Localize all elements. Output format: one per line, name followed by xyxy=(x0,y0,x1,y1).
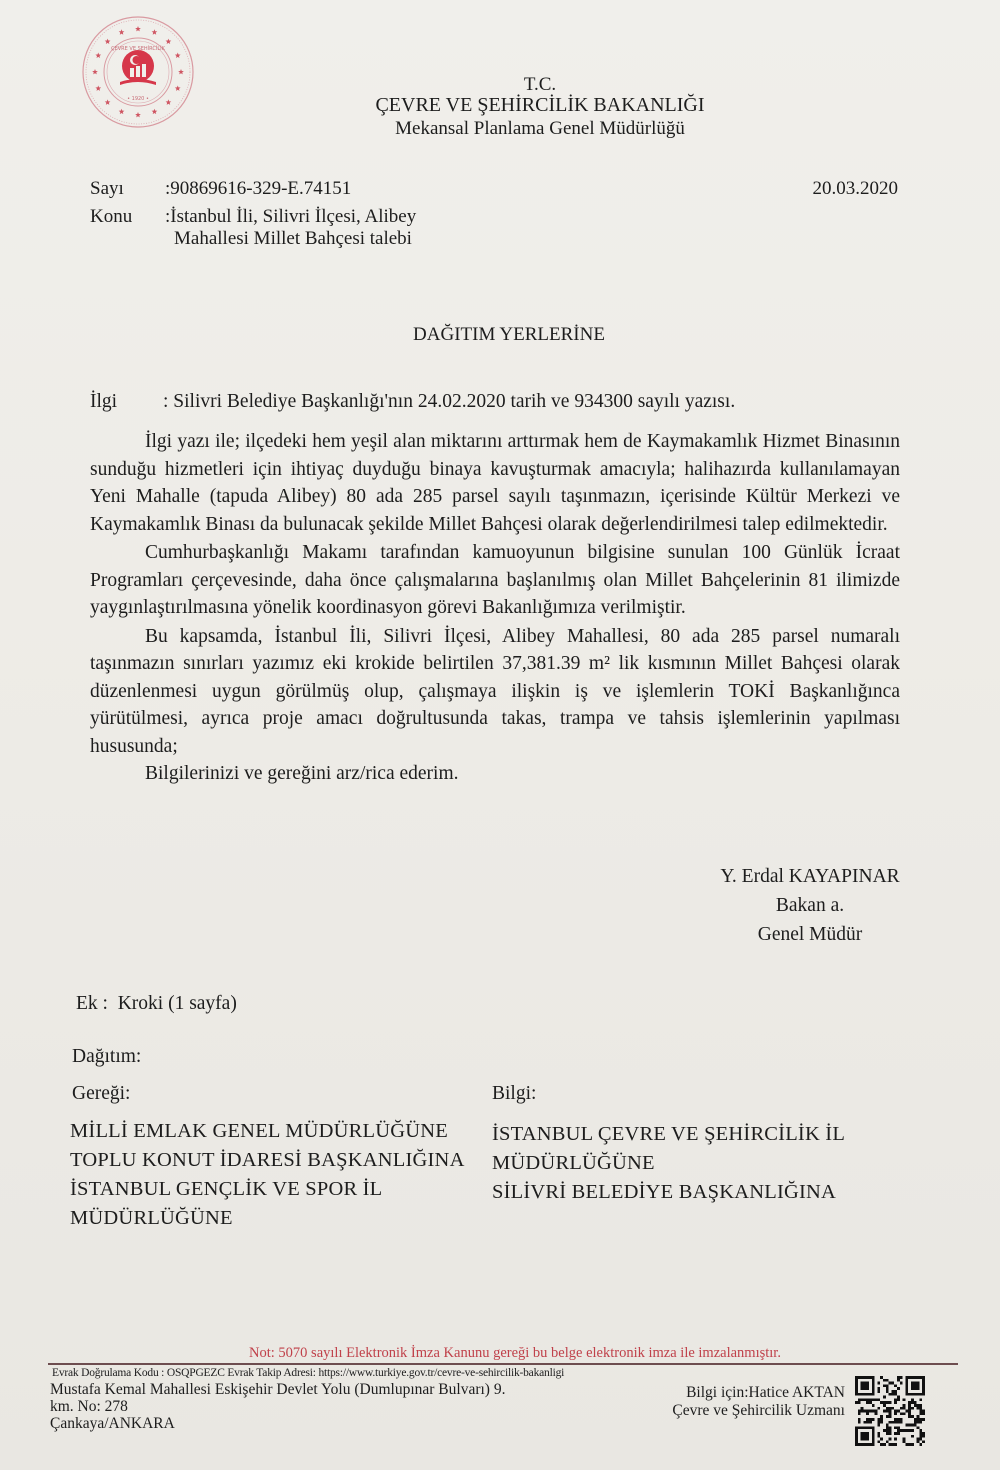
qr-code-icon xyxy=(855,1376,925,1446)
document-date: 20.03.2020 xyxy=(813,178,899,200)
gerekli-item: MİLLİ EMLAK GENEL MÜDÜRLÜĞÜNE xyxy=(70,1117,465,1146)
signature-block: Y. Erdal KAYAPINAR Bakan a. Genel Müdür xyxy=(660,862,960,949)
sayi-value: :90869616-329-E.74151 xyxy=(165,178,351,200)
distribution-label: Dağıtım: xyxy=(72,1046,141,1068)
address-line: Çankaya/ANKARA xyxy=(50,1415,505,1432)
paragraph-1: İlgi yazı ile; ilçedeki hem yeşil alan m… xyxy=(90,428,900,538)
gerekli-item: İSTANBUL GENÇLİK VE SPOR İL xyxy=(70,1175,465,1204)
directorate-name: Mekansal Planlama Genel Müdürlüğü xyxy=(40,118,1000,140)
sayi-label: Sayı xyxy=(90,178,124,200)
document-title: DAĞITIM YERLERİNE xyxy=(0,324,1000,346)
paragraph-3: Bu kapsamda, İstanbul İli, Silivri İlçes… xyxy=(90,623,900,761)
gerekli-item: MÜDÜRLÜĞÜNE xyxy=(70,1204,465,1233)
ilgi-label: İlgi xyxy=(90,391,117,413)
gerekli-item: TOPLU KONUT İDARESİ BAŞKANLIĞINA xyxy=(70,1146,465,1175)
header-tc: T.C. xyxy=(40,74,1000,96)
address-line: Mustafa Kemal Mahallesi Eskişehir Devlet… xyxy=(50,1381,505,1398)
signatory-title1: Bakan a. xyxy=(660,891,960,920)
verification-code: Evrak Doğrulama Kodu : OSQPGEZC Evrak Ta… xyxy=(52,1367,564,1379)
ministry-name: ÇEVRE VE ŞEHİRCİLİK BAKANLIĞI xyxy=(40,94,1000,117)
konu-value-line2: Mahallesi Millet Bahçesi talebi xyxy=(174,228,412,250)
svg-text:ÇEVRE VE ŞEHİRCİLİK: ÇEVRE VE ŞEHİRCİLİK xyxy=(111,45,165,52)
contact-title: Çevre ve Şehircilik Uzmanı xyxy=(672,1402,845,1420)
konu-label: Konu xyxy=(90,206,132,228)
body-text: İlgi yazı ile; ilçedeki hem yeşil alan m… xyxy=(90,428,900,788)
footer-divider xyxy=(48,1363,958,1365)
contact-name: Bilgi için:Hatice AKTAN xyxy=(672,1384,845,1402)
bilgi-label: Bilgi: xyxy=(492,1083,536,1105)
bilgi-item: SİLİVRİ BELEDİYE BAŞKANLIĞINA xyxy=(492,1178,845,1207)
address-block: Mustafa Kemal Mahallesi Eskişehir Devlet… xyxy=(50,1381,505,1432)
konu-value-line1: :İstanbul İli, Silivri İlçesi, Alibey xyxy=(165,206,416,228)
e-signature-note: Not: 5070 sayılı Elektronik İmza Kanunu … xyxy=(0,1345,1000,1362)
contact-block: Bilgi için:Hatice AKTAN Çevre ve Şehirci… xyxy=(672,1384,845,1420)
address-line: km. No: 278 xyxy=(50,1398,505,1415)
paragraph-2: Cumhurbaşkanlığı Makamı tarafından kamuo… xyxy=(90,539,900,622)
ilgi-value: : Silivri Belediye Başkanlığı'nın 24.02.… xyxy=(163,391,735,413)
bilgi-item: MÜDÜRLÜĞÜNE xyxy=(492,1149,845,1178)
signatory-title2: Genel Müdür xyxy=(660,920,960,949)
bilgi-item: İSTANBUL ÇEVRE VE ŞEHİRCİLİK İL xyxy=(492,1120,845,1149)
paragraph-4: Bilgilerinizi ve gereğini arz/rica ederi… xyxy=(90,760,900,788)
gerekli-list: MİLLİ EMLAK GENEL MÜDÜRLÜĞÜNE TOPLU KONU… xyxy=(70,1117,465,1233)
signatory-name: Y. Erdal KAYAPINAR xyxy=(660,862,960,891)
gerekli-label: Gereği: xyxy=(72,1083,130,1105)
bilgi-list: İSTANBUL ÇEVRE VE ŞEHİRCİLİK İL MÜDÜRLÜĞ… xyxy=(492,1120,845,1207)
attachment-note: Ek : Kroki (1 sayfa) xyxy=(76,993,237,1015)
